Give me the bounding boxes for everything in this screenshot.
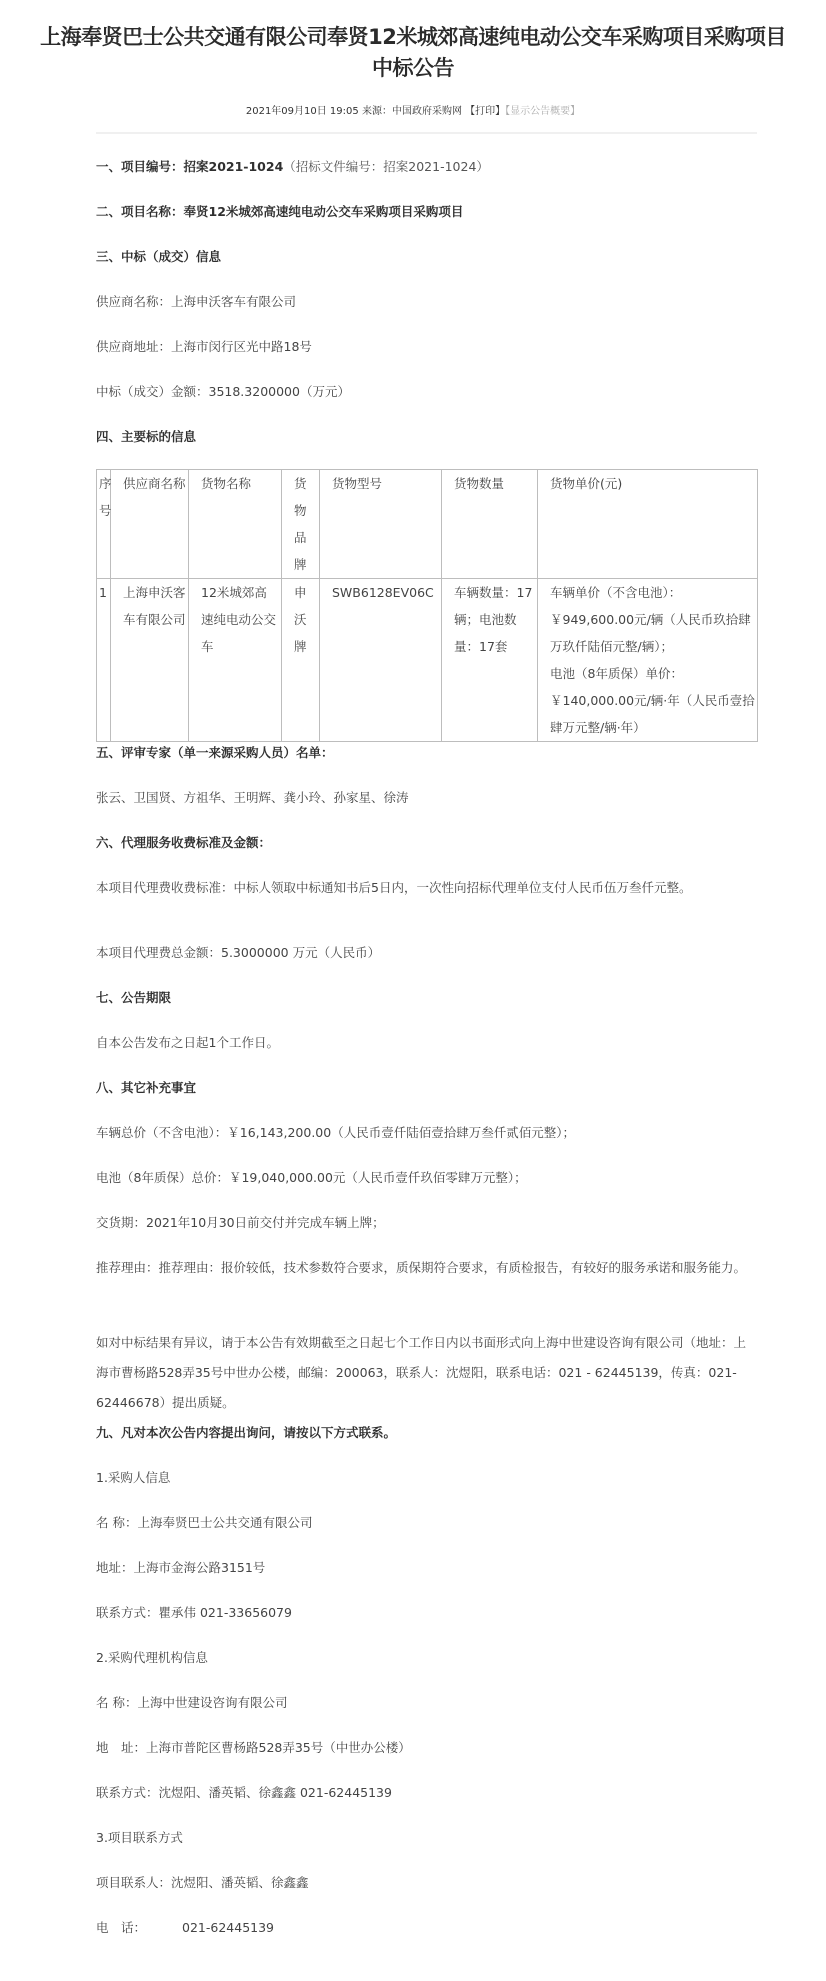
- page-title: 上海奉贤巴士公共交通有限公司奉贤12米城郊高速纯电动公交车采购项目采购项目 中标…: [0, 22, 826, 84]
- header-brand: 货物品牌: [282, 470, 320, 579]
- unit-price-battery-label: 电池（8年质保）单价：: [550, 666, 683, 681]
- purchaser-address: 地址：上海市金海公路3151号: [96, 1553, 757, 1583]
- source-label: 来源：: [362, 106, 392, 117]
- project-phone: 021-62445139: [182, 1920, 274, 1935]
- objection-notice: 如对中标结果有异议，请于本公告有效期截至之日起七个工作日内以书面形式向上海中世建…: [96, 1328, 757, 1418]
- section-8-heading: 八、其它补充事宜: [96, 1073, 757, 1103]
- supplier-name: 供应商名称：上海申沃客车有限公司: [96, 287, 757, 317]
- header-supplier: 供应商名称: [111, 470, 189, 579]
- header-goods-name: 货物名称: [189, 470, 282, 579]
- project-contact-title: 3.项目联系方式: [96, 1823, 757, 1853]
- header-model: 货物型号: [320, 470, 442, 579]
- items-table: 序号 供应商名称 货物名称 货物品牌 货物型号 货物数量 货物单价(元) 1 上…: [96, 469, 758, 742]
- agency-fee-standard: 本项目代理费收费标准：中标人领取中标通知书后5日内，一次性向招标代理单位支付人民…: [96, 873, 757, 903]
- section-2-heading: 二、项目名称：奉贤12米城郊高速纯电动公交车采购项目采购项目: [96, 197, 757, 227]
- cell-model: SWB6128EV06C: [320, 579, 442, 742]
- project-contacts: 项目联系人：沈煜阳、潘英韬、徐鑫鑫: [96, 1868, 757, 1898]
- project-phone-row: 电 话：021-62445139: [96, 1913, 757, 1943]
- purchaser-info-title: 1.采购人信息: [96, 1463, 757, 1493]
- cell-brand: 申沃牌: [282, 579, 320, 742]
- unit-price-battery-value: ￥140,000.00元/辆·年（人民币壹拾肆万元整/辆·年）: [550, 693, 755, 735]
- table-row: 1 上海申沃客车有限公司 12米城郊高速纯电动公交车 申沃牌 SWB6128EV…: [97, 579, 758, 742]
- show-summary-link[interactable]: 【显示公告概要】: [505, 106, 580, 117]
- unit-price-vehicle-value: ￥949,600.00元/辆（人民币玖拾肆万玖仟陆佰元整/辆）；: [550, 612, 751, 654]
- purchaser-name: 名 称：上海奉贤巴士公共交通有限公司: [96, 1508, 757, 1538]
- tender-doc-number: （招标文件编号：招案2021-1024）: [283, 159, 489, 174]
- header-unit-price: 货物单价(元): [538, 470, 758, 579]
- section-3-heading: 三、中标（成交）信息: [96, 242, 757, 272]
- unit-price-vehicle-label: 车辆单价（不含电池）：: [550, 585, 681, 600]
- supplier-address: 供应商地址：上海市闵行区光中路18号: [96, 332, 757, 362]
- section-9-heading: 九、凡对本次公告内容提出询问，请按以下方式联系。: [96, 1418, 757, 1448]
- cell-quantity: 车辆数量：17辆；电池数量：17套: [442, 579, 538, 742]
- publish-datetime: 2021年09月10日 19:05: [246, 106, 359, 117]
- cell-index: 1: [97, 579, 111, 742]
- section-6-heading: 六、代理服务收费标准及金额：: [96, 828, 757, 858]
- cell-supplier: 上海申沃客车有限公司: [111, 579, 189, 742]
- cell-goods-name: 12米城郊高速纯电动公交车: [189, 579, 282, 742]
- award-amount: 中标（成交）金额：3518.3200000（万元）: [96, 377, 757, 407]
- publish-meta: 2021年09月10日 19:05 来源：中国政府采购网 【打印】【显示公告概要…: [0, 104, 826, 120]
- notice-period: 自本公告发布之日起1个工作日。: [96, 1028, 757, 1058]
- vehicle-total-price: 车辆总价（不含电池）：￥16,143,200.00（人民币壹仟陆佰壹拾肆万叁仟贰…: [96, 1118, 757, 1148]
- agency-contact: 联系方式：沈煜阳、潘英韬、徐鑫鑫 021-62445139: [96, 1778, 757, 1808]
- cell-unit-price: 车辆单价（不含电池）： ￥949,600.00元/辆（人民币玖拾肆万玖仟陆佰元整…: [538, 579, 758, 742]
- table-header-row: 序号 供应商名称 货物名称 货物品牌 货物型号 货物数量 货物单价(元): [97, 470, 758, 579]
- page-title-line-2: 中标公告: [0, 53, 826, 84]
- section-5-heading: 五、评审专家（单一来源采购人员）名单：: [96, 738, 757, 768]
- agency-address: 地 址：上海市普陀区曹杨路528弄35号（中世办公楼）: [96, 1733, 757, 1763]
- source-name: 中国政府采购网: [392, 106, 462, 117]
- purchaser-contact: 联系方式：瞿承伟 021-33656079: [96, 1598, 757, 1628]
- header-divider: [96, 132, 757, 134]
- print-link[interactable]: 【打印】: [465, 106, 505, 117]
- project-number: 一、项目编号：招案2021-1024: [96, 159, 283, 174]
- agency-name: 名 称：上海中世建设咨询有限公司: [96, 1688, 757, 1718]
- page-title-line-1: 上海奉贤巴士公共交通有限公司奉贤12米城郊高速纯电动公交车采购项目采购项目: [0, 22, 826, 53]
- recommendation-reason: 推荐理由：推荐理由：报价较低，技术参数符合要求，质保期符合要求，有质检报告，有较…: [96, 1253, 757, 1283]
- section-7-heading: 七、公告期限: [96, 983, 757, 1013]
- battery-total-price: 电池（8年质保）总价：￥19,040,000.00元（人民币壹仟玖佰零肆万元整）…: [96, 1163, 757, 1193]
- delivery-period: 交货期：2021年10月30日前交付并完成车辆上牌；: [96, 1208, 757, 1238]
- project-phone-label: 电 话：: [96, 1920, 146, 1935]
- expert-names: 张云、卫国贤、方祖华、王明辉、龚小玲、孙家星、徐涛: [96, 783, 757, 813]
- agency-info-title: 2.采购代理机构信息: [96, 1643, 757, 1673]
- section-1-heading: 一、项目编号：招案2021-1024（招标文件编号：招案2021-1024）: [96, 152, 757, 182]
- header-quantity: 货物数量: [442, 470, 538, 579]
- section-4-heading: 四、主要标的信息: [96, 422, 757, 452]
- header-index: 序号: [97, 470, 111, 579]
- agency-fee-total: 本项目代理费总金额：5.3000000 万元（人民币）: [96, 938, 757, 968]
